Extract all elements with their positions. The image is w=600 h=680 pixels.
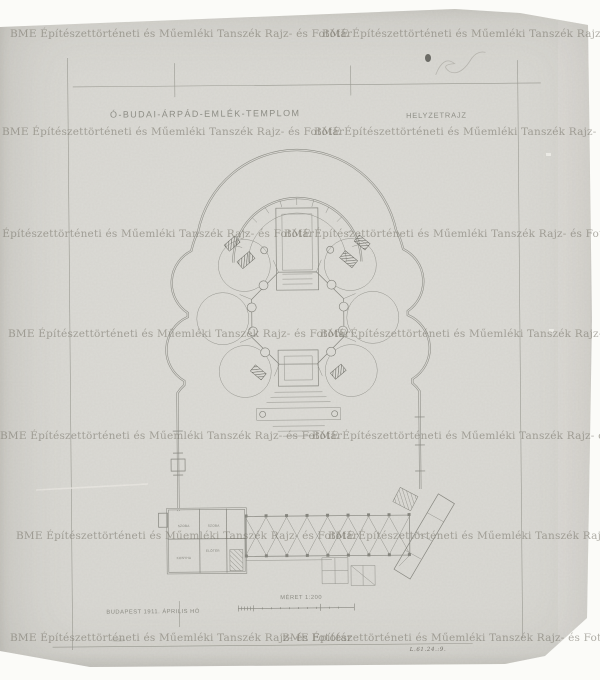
watermark-text: BME Építészettörténeti és Műemléki Tansz… bbox=[8, 329, 350, 340]
date-note: BUDAPEST 1911. ÁPRILIS HÓ bbox=[106, 608, 200, 616]
sheet-border bbox=[48, 54, 546, 650]
inventory-number: L.61.24.:9. bbox=[409, 647, 447, 653]
drawing-title: Ó-BUDAI-ÁRPÁD-EMLÉK-TEMPLOM bbox=[110, 108, 300, 120]
watermark-text: BME Építészettörténeti és Műemléki Tansz… bbox=[320, 329, 600, 340]
column-ring bbox=[247, 280, 349, 357]
room-label: ELŐTÉR bbox=[206, 548, 220, 553]
watermark-text: BME Építészettörténeti és Műemléki Tansz… bbox=[0, 229, 314, 240]
scanned-archive-page: Ó-BUDAI-ÁRPÁD-EMLÉK-TEMPLOM HELYZETRAJZ bbox=[0, 0, 600, 680]
watermark-text: BME Építészettörténeti és Műemléki Tansz… bbox=[282, 633, 600, 644]
paper-grain bbox=[0, 0, 600, 680]
room-label: KONYHA bbox=[177, 556, 192, 560]
watermark-text: BME Építészettörténeti és Műemléki Tansz… bbox=[0, 431, 342, 442]
watermark-text: BME Építészettörténeti és Műemléki Tansz… bbox=[328, 531, 600, 542]
watermark-text: BME Építészettörténeti és Műemléki Tansz… bbox=[2, 127, 344, 138]
photograph-of-drawing: Ó-BUDAI-ÁRPÁD-EMLÉK-TEMPLOM HELYZETRAJZ bbox=[0, 0, 600, 680]
sanctuary bbox=[224, 197, 371, 290]
scale-bar bbox=[238, 604, 354, 612]
site-plan-drawing: Ó-BUDAI-ÁRPÁD-EMLÉK-TEMPLOM HELYZETRAJZ bbox=[0, 0, 600, 680]
pencil-signature-mark bbox=[435, 52, 485, 75]
watermark-text: BME Építészettörténeti és Műemléki Tansz… bbox=[10, 29, 352, 40]
garden-cells bbox=[322, 557, 375, 585]
pergola-walk bbox=[245, 513, 412, 586]
sheet-type-label: HELYZETRAJZ bbox=[406, 111, 467, 121]
room-label: SZOBA bbox=[178, 524, 191, 528]
watermark-text: BME Építészettörténeti és Műemléki Tansz… bbox=[312, 431, 600, 442]
watermark-text: BME Építészettörténeti és Műemléki Tansz… bbox=[322, 29, 600, 40]
watermark-text: BME Építészettörténeti és Műemléki Tansz… bbox=[284, 229, 600, 240]
chapel-spokes bbox=[239, 260, 356, 377]
scale-note: MÉRET 1:200 bbox=[280, 594, 322, 601]
room-label: SZOBA bbox=[208, 524, 221, 528]
watermark-text: BME Építészettörténeti és Műemléki Tansz… bbox=[314, 127, 600, 138]
photo-blemishes bbox=[36, 54, 554, 642]
entrance-porch bbox=[250, 350, 347, 437]
watermark-text: BME Építészettörténeti és Műemléki Tansz… bbox=[16, 531, 358, 542]
